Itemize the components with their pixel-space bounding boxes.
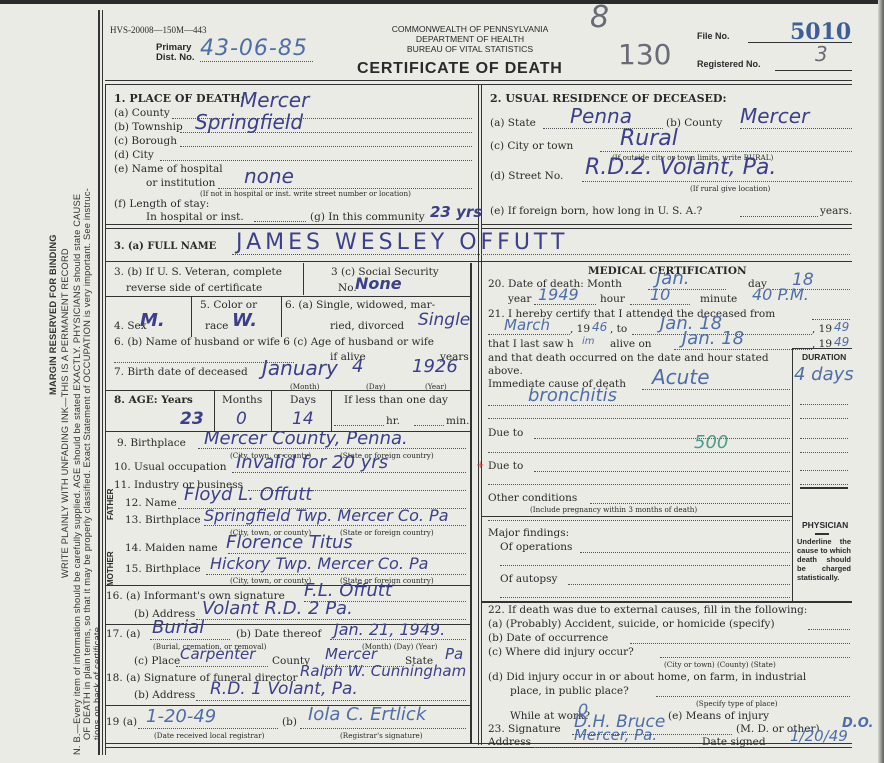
father-name-value: Floyd L. Offutt xyxy=(184,484,312,505)
date-signed-label: Date signed xyxy=(702,736,766,748)
death-hour-value: 10 xyxy=(650,285,670,304)
death-county-value: Mercer xyxy=(240,88,309,112)
sex-value: M. xyxy=(140,310,165,331)
city-label: (d) City xyxy=(114,149,154,161)
ssn-value: None xyxy=(355,274,402,293)
street-label: (d) Street No. xyxy=(490,170,563,182)
margin-border-inner xyxy=(102,10,103,755)
attended-from-value: March xyxy=(504,316,550,334)
veteran-label: 3. (b) If U. S. Veteran, complete xyxy=(114,266,282,278)
major-findings-label: Major findings: xyxy=(488,527,569,539)
duration-heading: DURATION xyxy=(802,352,846,362)
death-minute-value: 40 P.M. xyxy=(752,285,809,304)
autopsy-label: Of autopsy xyxy=(500,573,557,585)
mother-maiden-label: 14. Maiden name xyxy=(125,542,218,554)
informant-address-value: Volant R.D. 2 Pa. xyxy=(202,598,353,619)
accident-label: (a) (Probably) Accident, suicide, or hom… xyxy=(488,618,775,630)
registered-no-label: Registered No. xyxy=(697,59,761,69)
disposal-label: 17. (a) xyxy=(106,628,141,640)
burial-place-label: (c) Place xyxy=(134,655,180,667)
margin-border xyxy=(98,10,100,755)
burial-state-value: Pa xyxy=(445,645,463,663)
father-birthplace-label: 13. Birthplace xyxy=(125,514,201,526)
occupation-value: Invalid for 20 yrs xyxy=(236,452,388,473)
physician-heading: PHYSICIAN xyxy=(802,520,848,530)
injury-location-label: (c) Where did injury occur? xyxy=(488,646,634,658)
funeral-address-value: R.D. 1 Volant, Pa. xyxy=(210,679,358,699)
file-no-label: File No. xyxy=(697,31,730,41)
duration-value: 4 days xyxy=(794,364,854,385)
scan-right-edge xyxy=(878,0,884,763)
residence-city-label: (c) City or town xyxy=(490,140,573,152)
burial-place-value: Carpenter xyxy=(180,645,255,663)
date-signed-value: 1/20/49 xyxy=(790,727,848,745)
margin-note-line1: N. B.—Every item of information should b… xyxy=(72,194,82,755)
county-label: (a) County xyxy=(114,107,170,119)
annotation-130: 130 xyxy=(618,38,671,71)
due-to-label-2: Due to xyxy=(488,460,523,472)
state-label: (a) State xyxy=(490,117,536,129)
birth-year-value: 1926 xyxy=(412,356,458,377)
means-of-injury-label: (e) Means of injury xyxy=(668,710,769,722)
death-year-value: 1949 xyxy=(538,285,579,304)
mother-side-label: MOTHER xyxy=(106,551,115,586)
scan-top-edge xyxy=(0,0,884,4)
borough-label: (c) Borough xyxy=(114,135,177,147)
physician-signature-label: 23. Signature xyxy=(488,723,561,735)
physician-address-value: Mercer, Pa. xyxy=(574,726,657,744)
residence-state-value: Penna xyxy=(570,104,632,128)
length-of-stay-label: (f) Length of stay: xyxy=(114,198,209,210)
margin-note-line2: OF DEATH in plain terms, so that it may … xyxy=(82,188,92,740)
race-label: race xyxy=(205,320,228,332)
attended-to-year: 49 xyxy=(834,320,849,334)
immediate-cause-value-2: bronchitis xyxy=(528,385,617,406)
race-value: W. xyxy=(232,310,257,331)
occurred-label: and that death occurred on the date and … xyxy=(488,352,769,364)
mother-birthplace-label: 15. Birthplace xyxy=(125,563,201,575)
primary-dist-label: Primary Dist. No. xyxy=(156,43,195,63)
external-causes-heading: 22. If death was due to external causes,… xyxy=(488,604,807,616)
marital-label: ried, divorced xyxy=(330,320,404,332)
occupation-label: 10. Usual occupation xyxy=(114,461,226,473)
age-years-value: 23 xyxy=(180,409,204,429)
due-to-label-1: Due to xyxy=(488,427,523,439)
binding-margin: MARGIN RESERVED FOR BINDING WRITE PLAINL… xyxy=(0,0,95,763)
occurrence-date-label: (b) Date of occurrence xyxy=(488,632,608,644)
disposal-date-value: Jan. 21, 1949. xyxy=(334,620,445,639)
age-label: 8. AGE: Years xyxy=(114,394,193,406)
residence-street-value: R.D.2. Volant, Pa. xyxy=(585,155,776,180)
annotation-8: 8 xyxy=(590,0,609,35)
mother-maiden-value: Florence Titus xyxy=(226,532,353,553)
father-side-label: FATHER xyxy=(106,489,115,520)
registrar-signature-value: Iola C. Ertlick xyxy=(308,704,426,725)
death-township-value: Springfield xyxy=(195,110,303,134)
birthplace-label: 9. Birthplace xyxy=(117,437,186,449)
age-days-value: 14 xyxy=(292,409,314,429)
community-stay-value: 23 yrs xyxy=(430,203,482,221)
hospital-label: (e) Name of hospital xyxy=(114,163,223,175)
residence-city-value: Rural xyxy=(620,126,678,151)
physician-note: Underline the cause to which death shoul… xyxy=(797,537,851,582)
hospital-value: none xyxy=(244,164,294,188)
foreign-born-label: (e) If foreign born, how long in U. S. A… xyxy=(490,205,702,217)
margin-reserved-text: MARGIN RESERVED FOR BINDING xyxy=(48,234,58,395)
spouse-label: 6. (b) Name of husband or wife 6 (c) Age… xyxy=(114,336,434,348)
registrar-date-value: 1-20-49 xyxy=(146,706,216,727)
primary-dist-value: 43-06-85 xyxy=(200,36,308,61)
agency-block: COMMONWEALTH OF PENNSYLVANIA DEPARTMENT … xyxy=(380,24,560,54)
full-name-value: James Wesley Offutt xyxy=(236,230,568,255)
margin-note-line3: tions on back of certificate. xyxy=(92,624,102,740)
birth-day-value: 4 xyxy=(352,356,363,377)
age-months-value: 0 xyxy=(236,409,247,429)
injury-place-label: (d) Did injury occur in or about home, o… xyxy=(488,671,806,683)
marital-value: Single xyxy=(418,310,470,330)
registrar-date-label: 19 (a) xyxy=(106,716,137,728)
page-title: CERTIFICATE OF DEATH xyxy=(357,60,563,78)
last-saw-label: that I last saw h xyxy=(488,338,574,350)
birth-month-value: January xyxy=(262,356,338,380)
birth-date-label: 7. Birth date of deceased xyxy=(114,366,248,378)
cause-code-annotation: 500 xyxy=(694,432,728,453)
burial-county-value: Mercer xyxy=(325,645,377,663)
father-name-label: 12. Name xyxy=(125,497,177,509)
last-saw-value: Jan. 18 xyxy=(682,328,744,349)
margin-write-plainly-text: WRITE PLAINLY WITH UNFADING INK—THIS IS … xyxy=(60,248,70,578)
registered-no-value: 3 xyxy=(815,42,828,66)
red-tick-mark: + xyxy=(476,460,484,471)
operations-label: Of operations xyxy=(500,541,572,553)
residence-county-value: Mercer xyxy=(740,104,809,128)
other-conditions-label: Other conditions xyxy=(488,492,577,504)
mother-birthplace-value: Hickory Twp. Mercer Co. Pa xyxy=(210,554,428,573)
disposal-date-label: (b) Date thereof xyxy=(236,628,321,640)
form-code: HVS-20008—150M—443 xyxy=(110,25,207,35)
township-label: (b) Township xyxy=(114,121,183,133)
physician-address-label: Address xyxy=(488,736,531,748)
funeral-address-label: (b) Address xyxy=(134,689,195,701)
birthplace-value: Mercer County, Penna. xyxy=(204,428,408,449)
attended-from-year: 46 xyxy=(592,320,607,334)
full-name-label: 3. (a) FULL NAME xyxy=(114,241,216,252)
place-of-death-heading: 1. PLACE OF DEATH: xyxy=(114,92,245,105)
last-saw-year: 49 xyxy=(834,335,849,349)
funeral-director-value: Ralph W. Cunningham xyxy=(300,662,466,680)
last-saw-pronoun: im xyxy=(582,336,595,347)
disposal-value: Burial xyxy=(152,617,204,638)
immediate-cause-value-1: Acute xyxy=(652,365,710,389)
father-birthplace-value: Springfield Twp. Mercer Co. Pa xyxy=(204,506,449,525)
